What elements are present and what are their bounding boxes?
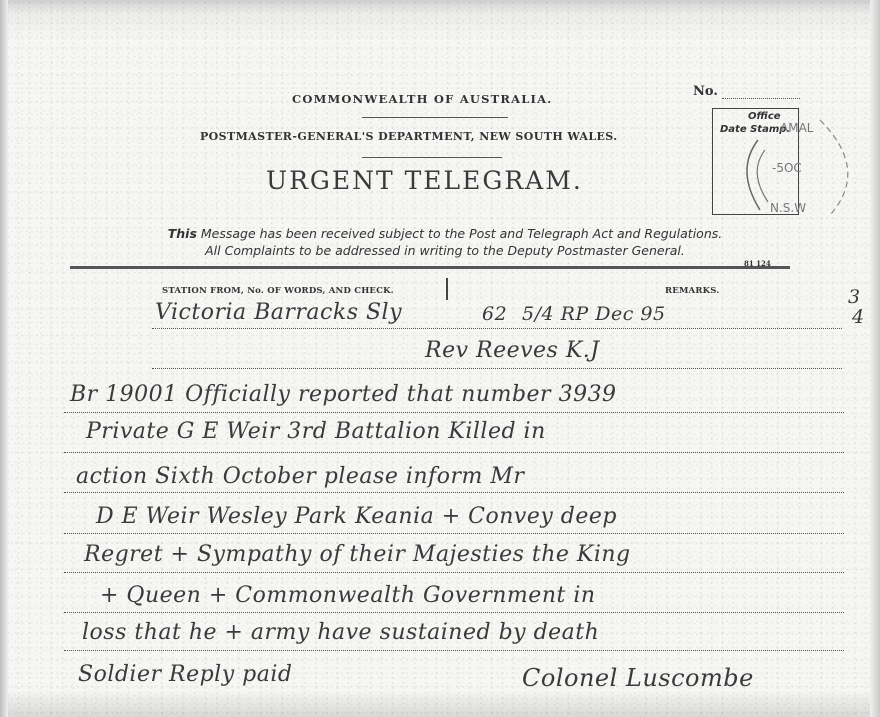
- check-remarks: 5/4 RP Dec 95: [522, 303, 666, 325]
- ruled-line: [64, 412, 844, 413]
- ruled-line: [64, 612, 844, 613]
- header-divider: [362, 157, 502, 158]
- paper-edge-left: [0, 0, 8, 717]
- telegram-title: URGENT TELEGRAM.: [266, 166, 583, 195]
- notice-line-1: This Message has been received subject t…: [125, 225, 765, 242]
- message-line: Soldier Reply paid: [78, 662, 292, 687]
- message-line: Private G E Weir 3rd Battalion Killed in: [86, 419, 546, 444]
- number-label: No.: [693, 84, 718, 99]
- word-count: 62: [482, 303, 507, 325]
- station-column-header: STATION FROM, No. OF WORDS, AND CHECK.: [162, 286, 394, 296]
- message-line: Regret + Sympathy of their Majesties the…: [84, 542, 631, 567]
- addressee: Rev Reeves K.J: [425, 338, 600, 363]
- ruled-line: [64, 452, 844, 453]
- ruled-line: [64, 650, 844, 651]
- number-field: [722, 98, 800, 99]
- margin-note: 4: [852, 306, 865, 328]
- legal-notice: This Message has been received subject t…: [125, 225, 765, 259]
- message-line: Br 19001 Officially reported that number…: [70, 382, 617, 407]
- ruled-line: [152, 368, 842, 369]
- notice-line-2: All Complaints to be addressed in writin…: [125, 242, 765, 259]
- svg-text:-5OC: -5OC: [772, 161, 802, 175]
- ruled-line: [64, 572, 844, 573]
- message-line: loss that he + army have sustained by de…: [82, 620, 599, 645]
- message-line: action Sixth October please inform Mr: [76, 464, 524, 489]
- ruled-line: [64, 492, 844, 493]
- svg-text:AMAL: AMAL: [780, 121, 814, 135]
- message-line: + Queen + Commonwealth Government in: [100, 583, 596, 608]
- department-heading: POSTMASTER-GENERAL'S DEPARTMENT, NEW SOU…: [200, 130, 617, 143]
- postmark-stamp-icon: AMAL -5OC N.S.W: [730, 110, 870, 230]
- header-divider: [362, 117, 508, 118]
- ruled-line: [64, 533, 844, 534]
- message-line: D E Weir Wesley Park Keania + Convey dee…: [96, 504, 617, 529]
- station-from: Victoria Barracks Sly: [155, 300, 402, 325]
- sender-signature: Colonel Luscombe: [522, 664, 754, 692]
- country-heading: COMMONWEALTH OF AUSTRALIA.: [292, 92, 592, 106]
- column-divider: [446, 278, 448, 300]
- ruled-line: [152, 328, 842, 329]
- header-thick-rule: [70, 266, 790, 269]
- margin-note: 3: [848, 286, 861, 308]
- remarks-column-header: REMARKS.: [665, 286, 719, 296]
- paper-edge-right: [870, 0, 880, 717]
- svg-text:N.S.W: N.S.W: [770, 201, 806, 215]
